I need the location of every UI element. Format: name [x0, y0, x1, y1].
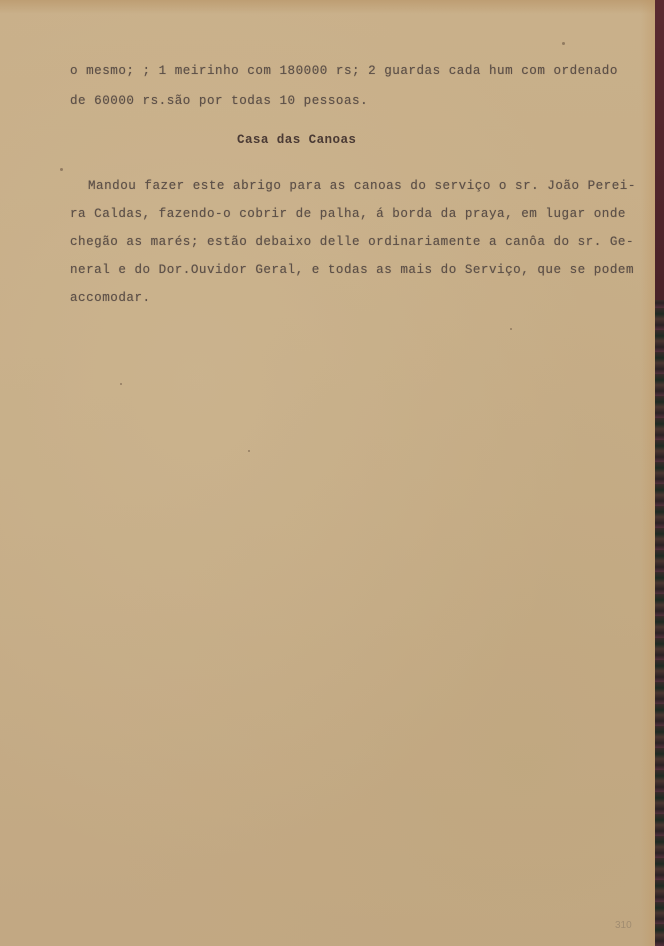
ink-speck	[248, 450, 250, 452]
paragraph-1: o mesmo; ; 1 meirinho com 180000 rs; 2 g…	[70, 64, 102, 120]
text-line: Mandou fazer este abrigo para as canoas …	[88, 179, 636, 193]
text-line: accomodar.	[70, 291, 151, 305]
section-heading: Casa das Canoas	[237, 133, 356, 147]
ink-speck	[510, 328, 512, 330]
text-line: ra Caldas, fazendo-o cobrir de palha, á …	[70, 207, 626, 221]
paper-top-edge	[0, 0, 655, 14]
text-line: neral e do Dor.Ouvidor Geral, e todas as…	[70, 263, 634, 277]
ink-speck	[562, 42, 565, 45]
text-line: o mesmo; ; 1 meirinho com 180000 rs; 2 g…	[70, 64, 618, 78]
document-page: o mesmo; ; 1 meirinho com 180000 rs; 2 g…	[0, 0, 655, 946]
paragraph-2: Mandou fazer este abrigo para as canoas …	[70, 179, 102, 277]
text-line: de 60000 rs.são por todas 10 pessoas.	[70, 94, 368, 108]
ink-speck	[60, 168, 63, 171]
page-number: 310	[615, 920, 632, 931]
book-binding-edge-top	[655, 0, 664, 300]
ink-speck	[120, 383, 122, 385]
text-line: chegão as marés; estão debaixo delle ord…	[70, 235, 634, 249]
